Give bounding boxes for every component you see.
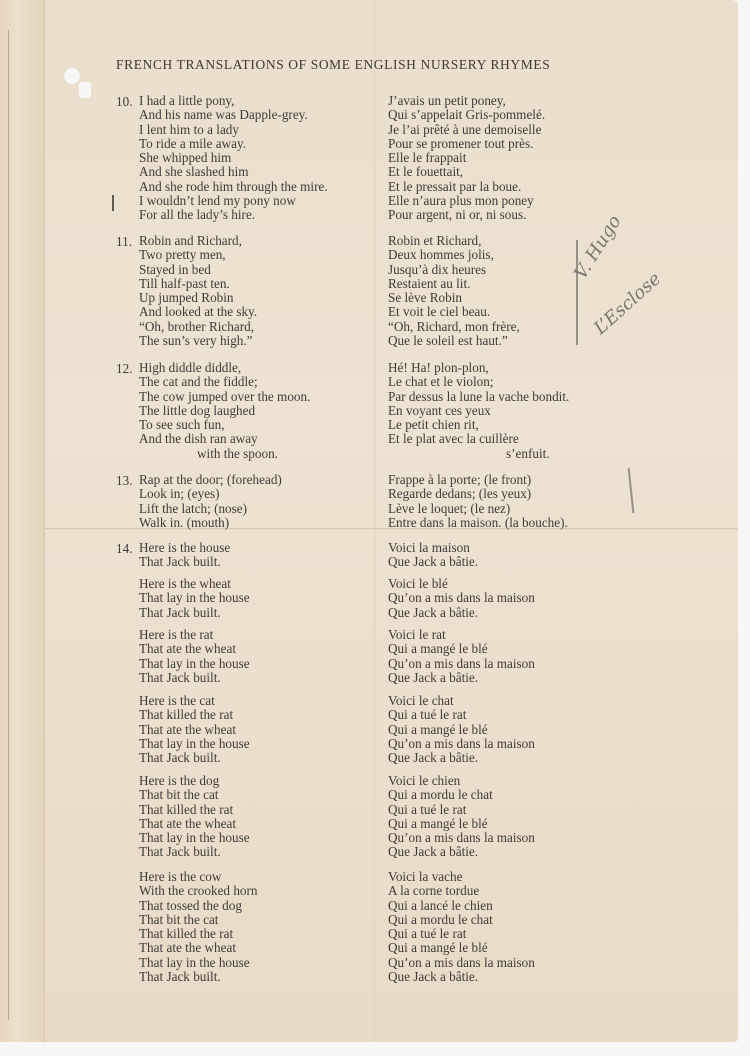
rhyme-number: 12.	[116, 361, 132, 377]
english-line: Here is the cow	[139, 870, 258, 884]
french-line: Se lève Robin	[388, 291, 520, 305]
english-verse: Here is the catThat killed the ratThat a…	[139, 694, 250, 765]
english-line: That lay in the house	[139, 657, 250, 671]
french-line: Voici la maison	[388, 541, 478, 555]
english-line: I had a little pony,	[139, 94, 328, 108]
english-line: That Jack built.	[139, 970, 258, 984]
english-line: with the spoon.	[139, 447, 310, 461]
french-line: Que Jack a bâtie.	[388, 970, 535, 984]
punch-hole	[79, 82, 91, 98]
french-line: Qui a tué le rat	[388, 927, 535, 941]
french-line: Voici le chien	[388, 774, 535, 788]
french-line: Pour argent, ni or, ni sous.	[388, 208, 545, 222]
french-line: Et voit le ciel beau.	[388, 305, 520, 319]
english-line: The cat and the fiddle;	[139, 375, 310, 389]
english-line: That lay in the house	[139, 737, 250, 751]
english-line: That Jack built.	[139, 751, 250, 765]
french-line: Que Jack a bâtie.	[388, 845, 535, 859]
french-line: Que Jack a bâtie.	[388, 751, 535, 765]
english-verse: Here is the ratThat ate the wheatThat la…	[139, 628, 250, 685]
french-line: Frappe à la porte; (le front)	[388, 473, 568, 487]
french-line: Le petit chien rit,	[388, 418, 569, 432]
english-verse: I had a little pony,And his name was Dap…	[139, 94, 328, 223]
english-line: For all the lady’s hire.	[139, 208, 328, 222]
document-title: FRENCH TRANSLATIONS OF SOME ENGLISH NURS…	[116, 57, 636, 73]
english-line: Till half-past ten.	[139, 277, 257, 291]
english-line: And she slashed him	[139, 165, 328, 179]
french-verse: Voici le chatQui a tué le ratQui a mangé…	[388, 694, 535, 765]
english-line: That bit the cat	[139, 913, 258, 927]
french-line: Qu’on a mis dans la maison	[388, 831, 535, 845]
english-line: And she rode him through the mire.	[139, 180, 328, 194]
french-line: Lève le loquet; (le nez)	[388, 502, 568, 516]
french-line: Robin et Richard,	[388, 234, 520, 248]
french-line: Jusqu’à dix heures	[388, 263, 520, 277]
french-line: Voici le chat	[388, 694, 535, 708]
french-line: Et le fouettait,	[388, 165, 545, 179]
french-line: Voici le rat	[388, 628, 535, 642]
rhyme-number: 14.	[116, 541, 132, 557]
english-line: The little dog laughed	[139, 404, 310, 418]
french-line: Que Jack a bâtie.	[388, 555, 478, 569]
english-line: I wouldn’t lend my pony now	[139, 194, 328, 208]
french-line: Entre dans la maison. (la bouche).	[388, 516, 568, 530]
english-line: That lay in the house	[139, 956, 258, 970]
pencil-margin-mark	[576, 240, 578, 345]
english-line: High diddle diddle,	[139, 361, 310, 375]
english-line: Here is the wheat	[139, 577, 250, 591]
french-line: Elle le frappait	[388, 151, 545, 165]
french-line: Pour se promener tout près.	[388, 137, 545, 151]
french-line: A la corne tordue	[388, 884, 535, 898]
french-line: Qui a mordu le chat	[388, 913, 535, 927]
french-line: Je l’ai prêté à une demoiselle	[388, 123, 545, 137]
english-line: Robin and Richard,	[139, 234, 257, 248]
french-line: Elle n’aura plus mon poney	[388, 194, 545, 208]
french-verse: Robin et Richard,Deux hommes jolis,Jusqu…	[388, 234, 520, 348]
english-verse: Here is the houseThat Jack built.	[139, 541, 230, 570]
french-verse: Voici la maisonQue Jack a bâtie.	[388, 541, 478, 570]
english-line: To ride a mile away.	[139, 137, 328, 151]
french-line: Que le soleil est haut.”	[388, 334, 520, 348]
english-line: Look in; (eyes)	[139, 487, 282, 501]
english-line: That killed the rat	[139, 803, 250, 817]
english-line: And the dish ran away	[139, 432, 310, 446]
english-line: Here is the cat	[139, 694, 250, 708]
french-verse: Voici le ratQui a mangé le bléQu’on a mi…	[388, 628, 535, 685]
french-line: Deux hommes jolis,	[388, 248, 520, 262]
french-line: Qu’on a mis dans la maison	[388, 657, 535, 671]
english-line: That lay in the house	[139, 591, 250, 605]
english-line: Here is the dog	[139, 774, 250, 788]
french-verse: Voici le chienQui a mordu le chatQui a t…	[388, 774, 535, 860]
english-line: That tossed the dog	[139, 899, 258, 913]
english-line: That lay in the house	[139, 831, 250, 845]
french-verse: Frappe à la porte; (le front)Regarde ded…	[388, 473, 568, 530]
english-line: That killed the rat	[139, 708, 250, 722]
english-line: Rap at the door; (forehead)	[139, 473, 282, 487]
english-line: That ate the wheat	[139, 817, 250, 831]
french-line: J’avais un petit poney,	[388, 94, 545, 108]
french-line: Qui a mangé le blé	[388, 723, 535, 737]
english-line: That ate the wheat	[139, 642, 250, 656]
french-line: En voyant ces yeux	[388, 404, 569, 418]
english-line: With the crooked horn	[139, 884, 258, 898]
english-line: “Oh, brother Richard,	[139, 320, 257, 334]
french-line: “Oh, Richard, mon frère,	[388, 320, 520, 334]
french-line: Voici le blé	[388, 577, 535, 591]
french-line: Regarde dedans; (les yeux)	[388, 487, 568, 501]
french-line: Que Jack a bâtie.	[388, 671, 535, 685]
english-verse: High diddle diddle,The cat and the fiddl…	[139, 361, 310, 461]
french-line: Qui a tué le rat	[388, 803, 535, 817]
english-line: That Jack built.	[139, 845, 250, 859]
english-line: And looked at the sky.	[139, 305, 257, 319]
french-line: Qui a mangé le blé	[388, 642, 535, 656]
french-line: Qui a mordu le chat	[388, 788, 535, 802]
french-line: Et le pressait par la boue.	[388, 180, 545, 194]
rhyme-number: 10.	[116, 94, 132, 110]
english-line: Here is the rat	[139, 628, 250, 642]
french-line: Le chat et le violon;	[388, 375, 569, 389]
english-line: That killed the rat	[139, 927, 258, 941]
french-line: Qu’on a mis dans la maison	[388, 591, 535, 605]
french-line: Par dessus la lune la vache bondit.	[388, 390, 569, 404]
paper-sheet	[0, 0, 738, 1042]
english-line: Lift the latch; (nose)	[139, 502, 282, 516]
french-verse: Hé! Ha! plon-plon,Le chat et le violon;P…	[388, 361, 569, 461]
english-line: That bit the cat	[139, 788, 250, 802]
english-verse: Robin and Richard,Two pretty men,Stayed …	[139, 234, 257, 348]
french-line: Que Jack a bâtie.	[388, 606, 535, 620]
rhyme-number: 13.	[116, 473, 132, 489]
french-line: Qui a mangé le blé	[388, 941, 535, 955]
french-line: Qu’on a mis dans la maison	[388, 737, 535, 751]
rhyme-number: 11.	[116, 234, 132, 250]
french-line: Voici la vache	[388, 870, 535, 884]
english-line: Stayed in bed	[139, 263, 257, 277]
english-verse: Here is the cowWith the crooked hornThat…	[139, 870, 258, 984]
english-line: I lent him to a lady	[139, 123, 328, 137]
french-line: Qui a tué le rat	[388, 708, 535, 722]
french-line: Qui a lancé le chien	[388, 899, 535, 913]
english-line: And his name was Dapple-grey.	[139, 108, 328, 122]
french-line: Restaient au lit.	[388, 277, 520, 291]
english-line: That ate the wheat	[139, 941, 258, 955]
french-line: Et le plat avec la cuillère	[388, 432, 569, 446]
french-line: Qu’on a mis dans la maison	[388, 956, 535, 970]
french-line: Hé! Ha! plon-plon,	[388, 361, 569, 375]
english-line: Up jumped Robin	[139, 291, 257, 305]
english-line: Here is the house	[139, 541, 230, 555]
french-line: Qui s’appelait Gris-pommelé.	[388, 108, 545, 122]
english-line: That Jack built.	[139, 671, 250, 685]
vertical-fold	[374, 0, 376, 1042]
english-line: She whipped him	[139, 151, 328, 165]
english-line: Walk in. (mouth)	[139, 516, 282, 530]
english-verse: Here is the wheatThat lay in the houseTh…	[139, 577, 250, 620]
binding-line	[8, 30, 9, 1020]
punch-hole	[64, 68, 80, 84]
english-line: That Jack built.	[139, 606, 250, 620]
french-line: Qui a mangé le blé	[388, 817, 535, 831]
french-verse: Voici le bléQu’on a mis dans la maisonQu…	[388, 577, 535, 620]
english-verse: Here is the dogThat bit the catThat kill…	[139, 774, 250, 860]
english-line: That Jack built.	[139, 555, 230, 569]
french-verse: Voici la vacheA la corne tordueQui a lan…	[388, 870, 535, 984]
binding-strip	[0, 0, 45, 1042]
english-verse: Rap at the door; (forehead)Look in; (eye…	[139, 473, 282, 530]
english-line: The sun’s very high.”	[139, 334, 257, 348]
pencil-margin-mark	[112, 195, 114, 211]
english-line: To see such fun,	[139, 418, 310, 432]
english-line: Two pretty men,	[139, 248, 257, 262]
english-line: The cow jumped over the moon.	[139, 390, 310, 404]
french-verse: J’avais un petit poney,Qui s’appelait Gr…	[388, 94, 545, 223]
english-line: That ate the wheat	[139, 723, 250, 737]
french-line: s’enfuit.	[388, 447, 569, 461]
